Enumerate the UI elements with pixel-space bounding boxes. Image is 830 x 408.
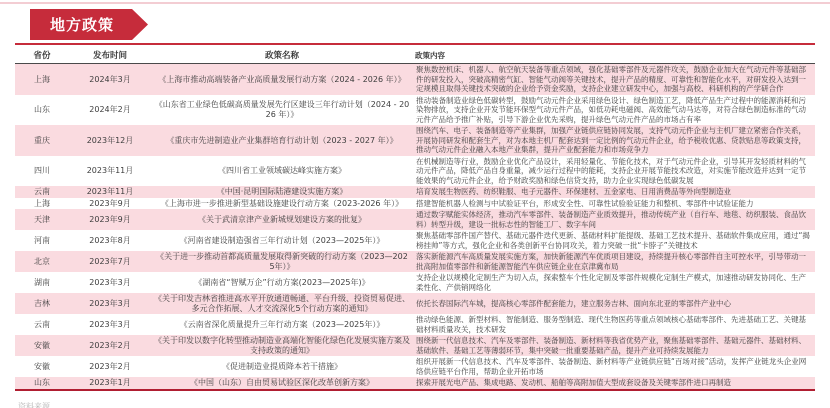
- column-header-province: 省份: [15, 46, 69, 64]
- date-cell: 2023年3月: [69, 272, 151, 293]
- province-cell: 湖南: [15, 272, 69, 293]
- policy-name-cell: 《关于印发吉林省推进高水平开放通道畅通、平台升级、投资贸易促进、多元合作拓展、人…: [151, 293, 413, 314]
- table-row: 吉林2023年3月《关于印发吉林省推进高水平开放通道畅通、平台升级、投资贸易促进…: [15, 293, 815, 314]
- date-cell: 2023年7月: [69, 251, 151, 272]
- province-cell: 云南: [15, 314, 69, 335]
- province-cell: 河南: [15, 230, 69, 251]
- policy-name-cell: 《中国·昆明国际陆港建设实施方案》: [151, 186, 413, 198]
- date-cell: 2023年3月: [69, 314, 151, 335]
- date-cell: 2023年8月: [69, 230, 151, 251]
- policy-name-cell: 《关于进一步推动首都高质量发展取得新突破的行动方案（2023—2025年）》: [151, 251, 413, 272]
- policy-content-cell: 围绕汽车、电子、装备制造等产业集群，加强产业链供应链协同发展，支持气动元件企业与…: [413, 125, 815, 156]
- date-cell: 2023年2月: [69, 356, 151, 377]
- column-header-name: 政策名称: [151, 46, 413, 64]
- top-divider-line: [0, 2, 830, 4]
- date-cell: 2023年3月: [69, 293, 151, 314]
- province-cell: 北京: [15, 251, 69, 272]
- policy-content-cell: 聚焦基础零部件国产替代、基础元器件迭代更新、基础材料扩能提级、基础工艺技术提升、…: [413, 230, 815, 251]
- date-cell: 2023年12月: [69, 125, 151, 156]
- policy-table: 省份发布时间政策名称政策内容 上海2024年3月《上海市推动高端装备产业高质量发…: [15, 46, 815, 391]
- table-row: 四川2023年11月《四川省工业领域碳达峰实施方案》在机械制造等行业，鼓励企业优…: [15, 156, 815, 187]
- date-cell: 2023年11月: [69, 156, 151, 187]
- policy-name-cell: 《河南省建设制造强省三年行动计划（2023—2025年）》: [151, 230, 413, 251]
- policy-name-cell: 《关于印发以数字化转型推动制造业高端化智能化绿色化发展实施方案及支持政策的通知》: [151, 335, 413, 356]
- table-row: 上海2024年3月《上海市推动高端装备产业高质量发展行动方案（2024 - 20…: [15, 64, 815, 95]
- column-header-content: 政策内容: [413, 46, 815, 64]
- province-cell: 安徽: [15, 356, 69, 377]
- province-cell: 云南: [15, 186, 69, 198]
- table-row: 上海2023年9月《上海市进一步推进新型基础设施建设行动方案（2023-2026…: [15, 198, 815, 210]
- table-header-row: 省份发布时间政策名称政策内容: [15, 46, 815, 64]
- table-row: 山东2023年1月《中国（山东）自由贸易试验区深化改革创新方案》探索开展光电产品…: [15, 377, 815, 390]
- policy-name-cell: 《湖南省“智赋万企”行动方案(2023—2025年)》: [151, 272, 413, 293]
- date-cell: 2023年1月: [69, 377, 151, 390]
- policy-content-cell: 围绕新一代信息技术、汽车及零部件、装备制造、新材料等我省优势产业，聚焦基础零部件…: [413, 335, 815, 356]
- policy-name-cell: 《上海市推动高端装备产业高质量发展行动方案（2024 - 2026 年）》: [151, 64, 413, 95]
- date-cell: 2023年2月: [69, 335, 151, 356]
- policy-content-cell: 推动绿色能源、新型材料、智能制造、服务型制造、现代生物医药等重点领域核心基础零部…: [413, 314, 815, 335]
- policy-name-cell: 《促进制造业提质降本若干措施》: [151, 356, 413, 377]
- policy-name-cell: 《四川省工业领域碳达峰实施方案》: [151, 156, 413, 187]
- policy-table-body: 上海2024年3月《上海市推动高端装备产业高质量发展行动方案（2024 - 20…: [15, 64, 815, 390]
- policy-name-cell: 《关于武清京津产业新城规划建设方案的批复》: [151, 209, 413, 230]
- province-cell: 上海: [15, 198, 69, 210]
- policy-content-cell: 落实新能源汽车高质量发展实施方案，加快新能源汽车优质项目建设，持续提升核心零部件…: [413, 251, 815, 272]
- policy-name-cell: 《云南省深化质量提升三年行动方案（2023—2025年）》: [151, 314, 413, 335]
- policy-name-cell: 《重庆市先进制造业产业集群培育行动计划（2023 - 2027 年）》: [151, 125, 413, 156]
- policy-content-cell: 支持企业以规模化定制生产为切入点，探索整车个性化定制及零部件规模化定制生产模式，…: [413, 272, 815, 293]
- policy-content-cell: 探索开展光电产品、集成电路、发动机、船舶等高附加值大型成套设备及关键零部件进口再…: [413, 377, 815, 390]
- date-cell: 2023年9月: [69, 209, 151, 230]
- policy-name-cell: 《中国（山东）自由贸易试验区深化改革创新方案》: [151, 377, 413, 390]
- table-row: 天津2023年9月《关于武清京津产业新城规划建设方案的批复》通过数字赋能实体经济…: [15, 209, 815, 230]
- section-title: 地方政策: [50, 14, 114, 35]
- policy-content-cell: 通过数字赋能实体经济，推动汽车零部件、装备制造产业质效提升，推动传统产业（自行车…: [413, 209, 815, 230]
- table-row: 安徽2023年2月《关于印发以数字化转型推动制造业高端化智能化绿色化发展实施方案…: [15, 335, 815, 356]
- province-cell: 四川: [15, 156, 69, 187]
- policy-content-cell: 组织开展新一代信息技术、汽车及零部件、装备制造、新材料等产业链供应链“百场对接”…: [413, 356, 815, 377]
- province-cell: 安徽: [15, 335, 69, 356]
- table-row: 山东2024年2月《山东省工业绿色低碳高质量发展先行区建设三年行动计划（2024…: [15, 95, 815, 126]
- date-cell: 2024年2月: [69, 95, 151, 126]
- date-cell: 2023年11月: [69, 186, 151, 198]
- policy-content-cell: 搭建智能机器人检测与中试验证平台，形成安全性、可靠性试验验证能力和整机、零部件中…: [413, 198, 815, 210]
- table-row: 安徽2023年2月《促进制造业提质降本若干措施》组织开展新一代信息技术、汽车及零…: [15, 356, 815, 377]
- clipped-footnote-text: 资料来源: [18, 401, 50, 408]
- policy-name-cell: 《山东省工业绿色低碳高质量发展先行区建设三年行动计划（2024 - 2026 年…: [151, 95, 413, 126]
- policy-table-head: 省份发布时间政策名称政策内容: [15, 46, 815, 64]
- policy-content-cell: 推动装备制造业绿色低碳转型，鼓励气动元件企业采用绿色设计、绿色制造工艺，降低产品…: [413, 95, 815, 126]
- section-banner: 地方政策: [30, 9, 148, 40]
- province-cell: 重庆: [15, 125, 69, 156]
- policy-content-cell: 培育发展生物医药、纺织鞋服、电子元器件、环保建材、五金家电、日用消费品等外向型制…: [413, 186, 815, 198]
- policy-name-cell: 《上海市进一步推进新型基础设施建设行动方案（2023-2026 年）》: [151, 198, 413, 210]
- province-cell: 吉林: [15, 293, 69, 314]
- table-row: 重庆2023年12月《重庆市先进制造业产业集群培育行动计划（2023 - 202…: [15, 125, 815, 156]
- province-cell: 上海: [15, 64, 69, 95]
- header-divider-line: [15, 43, 815, 45]
- column-header-date: 发布时间: [69, 46, 151, 64]
- province-cell: 天津: [15, 209, 69, 230]
- date-cell: 2024年3月: [69, 64, 151, 95]
- table-row: 云南2023年11月《中国·昆明国际陆港建设实施方案》培育发展生物医药、纺织鞋服…: [15, 186, 815, 198]
- province-cell: 山东: [15, 377, 69, 390]
- province-cell: 山东: [15, 95, 69, 126]
- date-cell: 2023年9月: [69, 198, 151, 210]
- policy-content-cell: 在机械制造等行业，鼓励企业优化产品设计，采用轻量化、节能化技术，对于气动元件企业…: [413, 156, 815, 187]
- table-row: 北京2023年7月《关于进一步推动首都高质量发展取得新突破的行动方案（2023—…: [15, 251, 815, 272]
- policy-content-cell: 依托长春国际汽车城，提高核心零部件配套能力，建立服务吉林、面向东北亚的零部件产业…: [413, 293, 815, 314]
- policy-content-cell: 聚焦数控机床、机器人、航空航天装备等重点领域，强化基础零部件及元器件攻关，鼓励企…: [413, 64, 815, 95]
- table-row: 云南2023年3月《云南省深化质量提升三年行动方案（2023—2025年）》推动…: [15, 314, 815, 335]
- table-row: 湖南2023年3月《湖南省“智赋万企”行动方案(2023—2025年)》支持企业…: [15, 272, 815, 293]
- table-row: 河南2023年8月《河南省建设制造强省三年行动计划（2023—2025年）》聚焦…: [15, 230, 815, 251]
